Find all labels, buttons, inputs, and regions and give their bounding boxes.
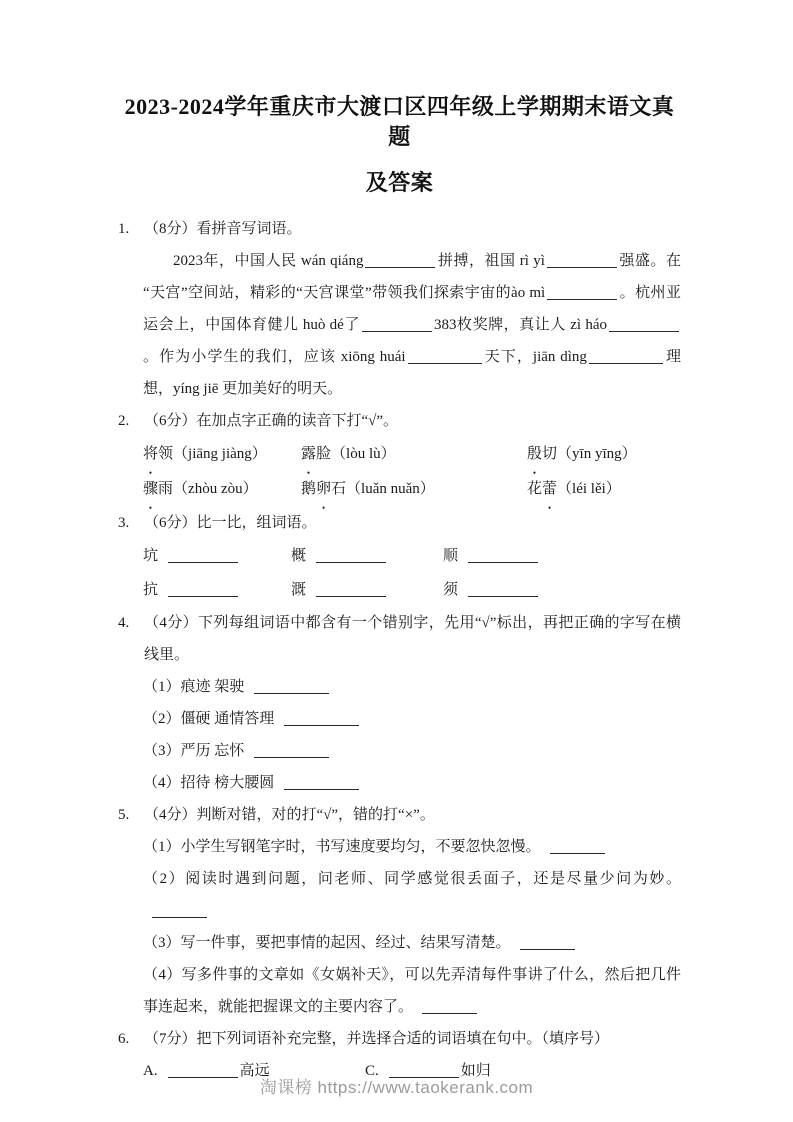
question-1-header: 1. （8分）看拼音写词语。	[118, 213, 681, 245]
question-3: 3. （6分）比一比，组词语。 坑 概 顺 抗 溉 须	[118, 507, 681, 607]
question-number: 6.	[118, 1023, 144, 1055]
answer-blank	[316, 548, 386, 563]
dotted-char: 骤	[143, 472, 158, 507]
site-watermark: 淘课榜 https://www.taokerank.com	[0, 1073, 793, 1098]
dotted-char: 露	[301, 437, 316, 472]
word-text: 鹅卵石	[301, 481, 346, 497]
text-segment: 拼搏，祖国 rì yì	[437, 253, 544, 269]
text-segment: 天下，jiān dìng	[484, 349, 587, 365]
pinyin-text: （léi lěi）	[557, 481, 621, 497]
compare-word-item: 概	[291, 539, 443, 573]
item-text: （2）僵硬 通情答理	[143, 711, 274, 727]
pinyin-choice-item: 将领（jiāng jiàng）	[143, 437, 301, 472]
dotted-char: 将	[143, 437, 158, 472]
answer-blank	[284, 775, 359, 790]
question-5: 5. （4分）判断对错，对的打“√”，错的打“×”。 （1）小学生写钢笔字时，书…	[118, 799, 681, 1023]
list-item: （3）严历 忘怀	[143, 735, 681, 767]
item-text: （2）阅读时遇到问题，问老师、同学感觉很丢面子，还是尽量少问为妙。	[143, 871, 681, 887]
pinyin-choice-item: 鹅卵石（luǎn nuǎn）	[301, 472, 527, 507]
list-item: （2）僵硬 通情答理	[143, 703, 681, 735]
answer-blank	[168, 582, 238, 597]
dotted-char: 蕾	[542, 472, 557, 507]
answer-blank	[609, 317, 679, 332]
list-item: （4）写多件事的文章如《女娲补天》，可以先弄清每件事讲了什么，然后把几件事连起来…	[143, 959, 681, 1023]
question-text: （4分）下列每组词语中都含有一个错别字，先用“√”标出，再把正确的字写在横线里。	[144, 607, 681, 671]
question-5-header: 5. （4分）判断对错，对的打“√”，错的打“×”。	[118, 799, 681, 831]
compare-word-item: 顺	[443, 539, 681, 573]
answer-blank	[362, 317, 432, 332]
answer-blank	[152, 903, 207, 918]
answer-blank	[547, 285, 617, 300]
question-text: （7分）把下列词语补充完整，并选择合适的词语填在句中。（填序号）	[144, 1023, 681, 1055]
pinyin-paragraph: 2023年，中国人民 wán qiáng拼搏，祖国 rì yì强盛。在“天宫”空…	[118, 245, 681, 405]
pinyin-choice-item: 骤雨（zhòu zòu）	[143, 472, 301, 507]
character: 顺	[443, 548, 458, 564]
page-title: 2023-2024学年重庆市大渡口区四年级上学期期末语文真题 及答案	[118, 92, 681, 198]
word-text: 骤雨	[143, 481, 173, 497]
question-2: 2. （6分）在加点字正确的读音下打“√”。 将领（jiāng jiàng） 露…	[118, 405, 681, 507]
text-segment: 383枚奖牌，真让人 zì háo	[434, 317, 607, 333]
dotted-char: 殷	[527, 437, 542, 472]
page-title-line1: 2023-2024学年重庆市大渡口区四年级上学期期末语文真题	[118, 92, 681, 152]
question-text: （6分）在加点字正确的读音下打“√”。	[144, 405, 681, 437]
item-text: （1）痕迹 架驶	[143, 679, 244, 695]
answer-blank	[520, 935, 575, 950]
pinyin-choice-item: 露脸（lòu lù）	[301, 437, 527, 472]
pinyin-text: （jiāng jiàng）	[173, 446, 267, 462]
question-text: （4分）判断对错，对的打“√”，错的打“×”。	[144, 799, 681, 831]
pinyin-text: （yīn yīng）	[557, 446, 637, 462]
list-item: （3）写一件事，要把事情的起因、经过、结果写清楚。	[143, 927, 681, 959]
answer-blank	[547, 253, 617, 268]
question-number: 3.	[118, 507, 144, 539]
pinyin-choice-item: 殷切（yīn yīng）	[527, 437, 681, 472]
answer-blank	[589, 349, 663, 364]
word-text: 花蕾	[527, 481, 557, 497]
answer-blank	[408, 349, 482, 364]
question-text: （6分）比一比，组词语。	[144, 507, 681, 539]
question-2-grid: 将领（jiāng jiàng） 露脸（lòu lù） 殷切（yīn yīng） …	[118, 437, 681, 507]
character: 须	[443, 582, 458, 598]
compare-word-item: 坑	[143, 539, 291, 573]
item-text: （1）小学生写钢笔字时，书写速度要均匀，不要忽快忽慢。	[143, 839, 541, 855]
text-segment: 2023年，中国人民 wán qiáng	[173, 253, 363, 269]
question-3-header: 3. （6分）比一比，组词语。	[118, 507, 681, 539]
answer-blank	[365, 253, 435, 268]
question-number: 4.	[118, 607, 144, 639]
question-4: 4. （4分）下列每组词语中都含有一个错别字，先用“√”标出，再把正确的字写在横…	[118, 607, 681, 799]
page-title-line2: 及答案	[118, 168, 681, 198]
character: 概	[291, 548, 306, 564]
question-3-grid: 坑 概 顺 抗 溉 须	[118, 539, 681, 607]
question-4-header: 4. （4分）下列每组词语中都含有一个错别字，先用“√”标出，再把正确的字写在横…	[118, 607, 681, 671]
question-1: 1. （8分）看拼音写词语。 2023年，中国人民 wán qiáng拼搏，祖国…	[118, 213, 681, 405]
answer-blank	[168, 548, 238, 563]
list-item: （2）阅读时遇到问题，问老师、同学感觉很丢面子，还是尽量少问为妙。	[143, 863, 681, 927]
dotted-char: 卵	[316, 472, 331, 507]
compare-word-item: 须	[443, 573, 681, 607]
word-text: 将领	[143, 446, 173, 462]
list-item: （1）痕迹 架驶	[143, 671, 681, 703]
question-number: 1.	[118, 213, 144, 245]
answer-blank	[468, 548, 538, 563]
exam-body: 1. （8分）看拼音写词语。 2023年，中国人民 wán qiáng拼搏，祖国…	[118, 213, 681, 1087]
character: 抗	[143, 582, 158, 598]
answer-blank	[254, 679, 329, 694]
text-segment: 。作为小学生的我们，应该 xiōng huái	[143, 349, 406, 365]
answer-blank	[422, 999, 477, 1014]
character: 坑	[143, 548, 158, 564]
compare-word-item: 抗	[143, 573, 291, 607]
answer-blank	[550, 839, 605, 854]
list-item: （1）小学生写钢笔字时，书写速度要均匀，不要忽快忽慢。	[143, 831, 681, 863]
question-4-items: （1）痕迹 架驶 （2）僵硬 通情答理 （3）严历 忘怀 （4）招待 榜大腰圆	[118, 671, 681, 799]
question-text: （8分）看拼音写词语。	[144, 213, 681, 245]
pinyin-text: （zhòu zòu）	[173, 481, 258, 497]
question-5-items: （1）小学生写钢笔字时，书写速度要均匀，不要忽快忽慢。 （2）阅读时遇到问题，问…	[118, 831, 681, 1023]
item-text: （4）招待 榜大腰圆	[143, 775, 274, 791]
question-2-header: 2. （6分）在加点字正确的读音下打“√”。	[118, 405, 681, 437]
pinyin-text: （luǎn nuǎn）	[346, 481, 435, 497]
list-item: （4）招待 榜大腰圆	[143, 767, 681, 799]
pinyin-choice-item: 花蕾（léi lěi）	[527, 472, 681, 507]
exam-page: 2023-2024学年重庆市大渡口区四年级上学期期末语文真题 及答案 1. （8…	[0, 0, 793, 1122]
question-number: 2.	[118, 405, 144, 437]
answer-blank	[316, 582, 386, 597]
question-number: 5.	[118, 799, 144, 831]
item-text: （3）写一件事，要把事情的起因、经过、结果写清楚。	[143, 935, 511, 951]
word-text: 露脸	[301, 446, 331, 462]
compare-word-item: 溉	[291, 573, 443, 607]
answer-blank	[254, 743, 329, 758]
item-text: （4）写多件事的文章如《女娲补天》，可以先弄清每件事讲了什么，然后把几件事连起来…	[143, 967, 681, 1015]
answer-blank	[468, 582, 538, 597]
character: 溉	[291, 582, 306, 598]
word-text: 殷切	[527, 446, 557, 462]
pinyin-text: （lòu lù）	[331, 446, 396, 462]
item-text: （3）严历 忘怀	[143, 743, 244, 759]
answer-blank	[284, 711, 359, 726]
question-6-header: 6. （7分）把下列词语补充完整，并选择合适的词语填在句中。（填序号）	[118, 1023, 681, 1055]
